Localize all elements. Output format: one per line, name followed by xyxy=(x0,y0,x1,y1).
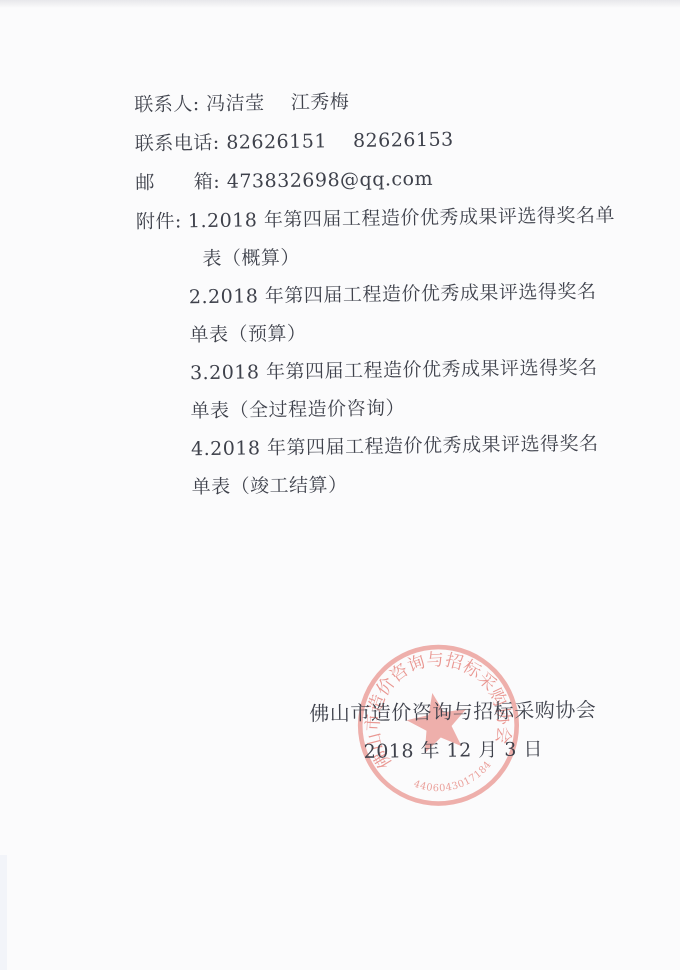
contact-person-line: 联系人: 冯洁莹 江秀梅 xyxy=(134,79,614,125)
attachments-block: 附件: 1.2018 年第四届工程造价优秀成果评选得奖名单 表（概算） 2.20… xyxy=(136,196,620,507)
scan-left-edge-shadow xyxy=(0,855,7,970)
document-body: 联系人: 冯洁莹 江秀梅 联系电话: 82626151 82626153 邮 箱… xyxy=(134,79,620,507)
attachment-1-line-2: 表（概算） xyxy=(188,234,616,278)
contact-phone-value: 82626151 82626153 xyxy=(226,129,454,154)
attachment-1-line-1: 1.2018 年第四届工程造价优秀成果评选得奖名单 xyxy=(188,196,616,240)
contact-email-line: 邮 箱: 473832698@qq.com xyxy=(135,157,615,203)
scan-edge-shadow xyxy=(0,0,680,9)
contact-person-label: 联系人: xyxy=(134,85,200,125)
attachments-label: 附件: xyxy=(136,202,189,241)
attachments-list: 1.2018 年第四届工程造价优秀成果评选得奖名单 表（概算） 2.2018 年… xyxy=(188,196,620,506)
attachment-2-line-2: 单表（预算） xyxy=(189,310,617,354)
seal-serial-number: 4406043017184 xyxy=(409,758,497,800)
contact-phone-label: 联系电话: xyxy=(135,124,220,164)
contact-email-label: 邮 箱: xyxy=(135,163,220,203)
attachment-item-3: 3.2018 年第四届工程造价优秀成果评选得奖名 单表（全过程造价咨询） xyxy=(190,348,619,430)
scanned-document-page: 联系人: 冯洁莹 江秀梅 联系电话: 82626151 82626153 邮 箱… xyxy=(0,0,680,970)
attachment-4-line-2: 单表（竣工结算） xyxy=(191,462,619,506)
attachment-2-line-1: 2.2018 年第四届工程造价优秀成果评选得奖名 xyxy=(189,272,617,316)
signoff-date: 2018 年 12 月 3 日 xyxy=(303,737,603,765)
contact-phone-line: 联系电话: 82626151 82626153 xyxy=(135,118,615,164)
attachment-item-2: 2.2018 年第四届工程造价优秀成果评选得奖名 单表（预算） xyxy=(189,272,618,354)
contact-person-value: 冯洁莹 江秀梅 xyxy=(206,91,349,115)
attachment-3-line-1: 3.2018 年第四届工程造价优秀成果评选得奖名 xyxy=(190,348,618,392)
attachment-item-4: 4.2018 年第四届工程造价优秀成果评选得奖名 单表（竣工结算） xyxy=(191,424,620,506)
signoff-organization: 佛山市造价咨询与招标采购协会 xyxy=(303,697,603,727)
attachment-item-1: 1.2018 年第四届工程造价优秀成果评选得奖名单 表（概算） xyxy=(188,196,617,278)
attachment-4-line-1: 4.2018 年第四届工程造价优秀成果评选得奖名 xyxy=(191,424,619,468)
attachment-3-line-2: 单表（全过程造价咨询） xyxy=(190,386,618,430)
contact-email-value: 473832698@qq.com xyxy=(227,168,434,193)
